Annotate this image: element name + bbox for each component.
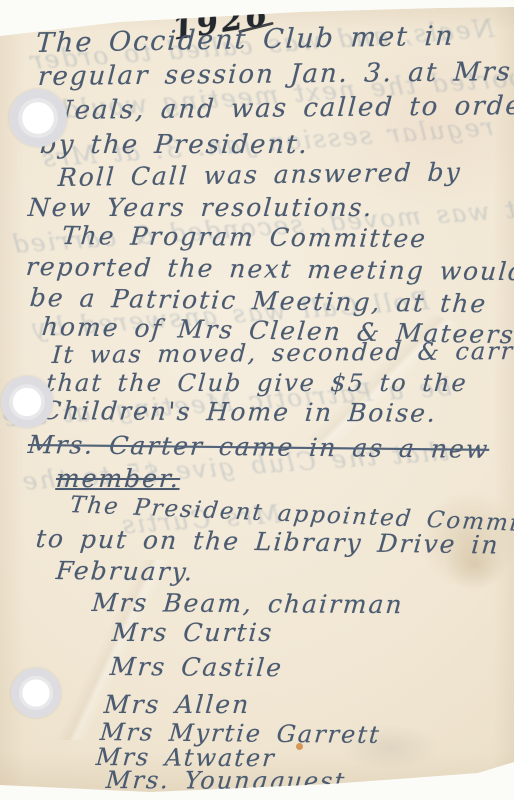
handwritten-line-struck: Mrs. Carter came in as a new — [27, 432, 490, 462]
handwritten-line: Mrs Castile — [109, 654, 284, 680]
punch-hole-ring — [1, 376, 53, 428]
handwritten-line: Children's Home in Boise. — [41, 398, 438, 426]
handwritten-line: Mrs. Youngquest. — [105, 768, 357, 793]
punch-hole-ring — [11, 668, 61, 718]
handwritten-line: It was moved, seconded & carried — [51, 339, 514, 367]
handwritten-line-struck: member. — [55, 466, 181, 491]
handwritten-line: Neals, and was called to order — [49, 93, 514, 124]
scanned-minutes-page: Neals, and was called to order reported … — [0, 0, 514, 800]
handwritten-line: that the Club give $5 to the — [45, 371, 468, 395]
handwritten-line: Mrs Beam, chairman — [91, 590, 405, 617]
handwritten-line: Mrs Curtis — [111, 620, 274, 645]
handwritten-line: The Occident Club met in — [35, 23, 455, 57]
paper-sheet: Neals, and was called to order reported … — [0, 0, 514, 800]
handwritten-line: by the President. — [39, 132, 310, 158]
handwritten-line: to put on the Library Drive in — [35, 526, 501, 557]
punch-hole-ring — [9, 89, 67, 147]
handwritten-line: Mrs Allen — [103, 692, 251, 717]
handwritten-line: regular session Jan. 3. at Mrs — [37, 59, 513, 90]
punch-hole-middle — [1, 376, 53, 428]
handwritten-line: reported the next meeting would — [25, 254, 514, 284]
handwritten-line: be a Patriotic Meeting, at the — [29, 285, 488, 316]
punch-hole-top — [9, 89, 67, 147]
handwritten-line: February. — [55, 558, 195, 584]
punch-hole-bottom — [11, 668, 61, 718]
handwritten-line: Roll Call was answered by — [57, 159, 462, 190]
handwritten-line: The Program Committee — [61, 223, 428, 251]
handwritten-line: New Years resolutions. — [27, 195, 374, 220]
